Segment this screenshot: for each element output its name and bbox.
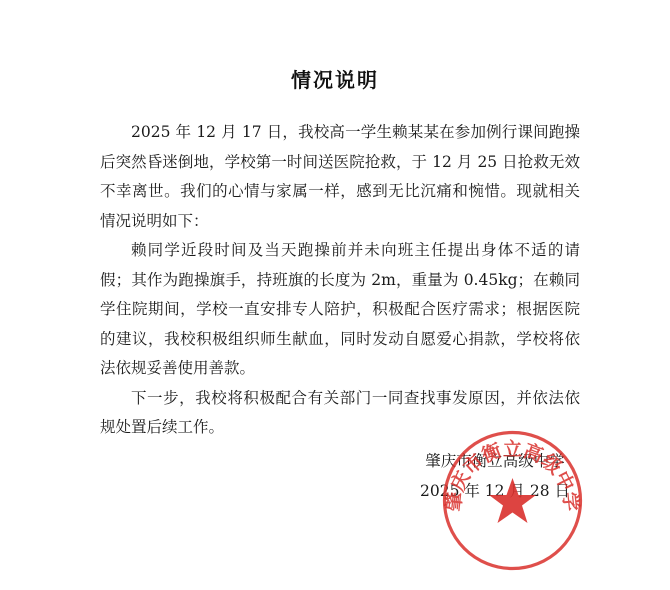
signature-block: 肇庆市衡立高级中学 2025 年 12 月 28 日	[410, 446, 580, 506]
paragraph-incident: 2025 年 12 月 17 日，我校高一学生赖某某在参加例行课间跑操后突然昏迷…	[100, 118, 580, 236]
signature-organization: 肇庆市衡立高级中学	[410, 446, 580, 476]
paragraph-details: 赖同学近段时间及当天跑操前并未向班主任提出身体不适的请假；其作为跑操旗手，持班旗…	[100, 236, 580, 384]
document-body: 2025 年 12 月 17 日，我校高一学生赖某某在参加例行课间跑操后突然昏迷…	[100, 118, 580, 443]
document-title: 情况说明	[0, 64, 670, 93]
signature-date: 2025 年 12 月 28 日	[410, 476, 580, 506]
paragraph-next-steps: 下一步，我校将积极配合有关部门一同查找事发原因，并依法依规处置后续工作。	[100, 384, 580, 443]
